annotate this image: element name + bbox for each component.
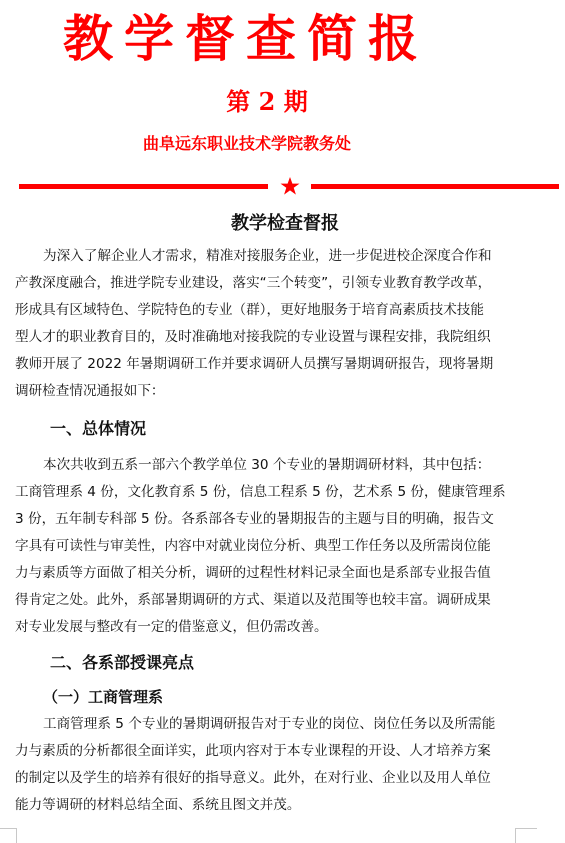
paragraph-line: 工商管理系 4 份，文化教育系 5 份，信息工程系 5 份，艺术系 5 份，健康… xyxy=(15,479,525,506)
paragraph-line: 字具有可读性与审美性，内容中对就业岗位分析、典型工作任务以及所需岗位能 xyxy=(15,533,525,560)
organization-name: 曲阜远东职业技术学院教务处 xyxy=(0,132,494,156)
paragraph-line: 教师开展了 2022 年暑期调研工作并要求调研人员撰写暑期调研报告，现将暑期 xyxy=(15,351,525,378)
crop-mark-left xyxy=(0,828,16,829)
paragraph-line: 对专业发展与整改有一定的借鉴意义，但仍需改善。 xyxy=(15,614,525,641)
overview-paragraph: 本次共收到五系一部六个教学单位 30 个专业的暑期调研材料，其中包括： 工商管理… xyxy=(15,452,525,641)
divider-line-left xyxy=(19,184,268,189)
crop-mark-left xyxy=(16,828,17,843)
paragraph-line: 力与素质的分析都很全面详实，此项内容对于本专业课程的开设、人才培养方案 xyxy=(15,738,525,765)
paragraph-line: 能力等调研的材料总结全面、系统且图文并茂。 xyxy=(15,792,525,819)
crop-mark-right xyxy=(515,828,516,843)
paragraph-line: 力与素质等方面做了相关分析，调研的过程性材料记录全面也是系部专业报告值 xyxy=(15,560,525,587)
paragraph-line: 的制定以及学生的培养有很好的指导意义。此外，在对行业、企业以及用人单位 xyxy=(15,765,525,792)
issue-number: 第 2 期 xyxy=(0,86,534,118)
star-icon xyxy=(280,176,300,196)
section-heading-overview: 一、总体情况 xyxy=(50,417,146,441)
paragraph-line: 为深入了解企业人才需求，精准对接服务企业，进一步促进校企深度合作和 xyxy=(15,243,525,270)
paragraph-line: 形成具有区域特色、学院特色的专业（群），更好地服务于培育高素质技术技能 xyxy=(15,297,525,324)
divider-line-right xyxy=(311,184,559,189)
masthead-title: 教学督查简报 xyxy=(0,8,486,70)
crop-mark-right xyxy=(515,828,537,829)
paragraph-line: 本次共收到五系一部六个教学单位 30 个专业的暑期调研材料，其中包括： xyxy=(15,452,525,479)
section-heading-highlights: 二、各系部授课亮点 xyxy=(50,651,194,675)
paragraph-line: 调研检查情况通报如下： xyxy=(15,378,525,405)
paragraph-line: 工商管理系 5 个专业的暑期调研报告对于专业的岗位、岗位任务以及所需能 xyxy=(15,711,525,738)
paragraph-line: 型人才的职业教育目的，及时准确地对接我院的专业设置与课程安排，我院组织 xyxy=(15,324,525,351)
intro-paragraph: 为深入了解企业人才需求，精准对接服务企业，进一步促进校企深度合作和 产教深度融合… xyxy=(15,243,525,405)
document-heading: 教学检查督报 xyxy=(0,210,565,238)
paragraph-line: 3 份，五年制专科部 5 份。各系部各专业的暑期报告的主题与目的明确，报告文 xyxy=(15,506,525,533)
paragraph-line: 得肯定之处。此外，系部暑期调研的方式、渠道以及范围等也较丰富。调研成果 xyxy=(15,587,525,614)
paragraph-line: 产教深度融合，推进学院专业建设，落实“三个转变”，引领专业教育教学改革， xyxy=(15,270,525,297)
business-management-paragraph: 工商管理系 5 个专业的暑期调研报告对于专业的岗位、岗位任务以及所需能 力与素质… xyxy=(15,711,525,819)
subsection-heading-business-management: （一）工商管理系 xyxy=(43,686,163,708)
